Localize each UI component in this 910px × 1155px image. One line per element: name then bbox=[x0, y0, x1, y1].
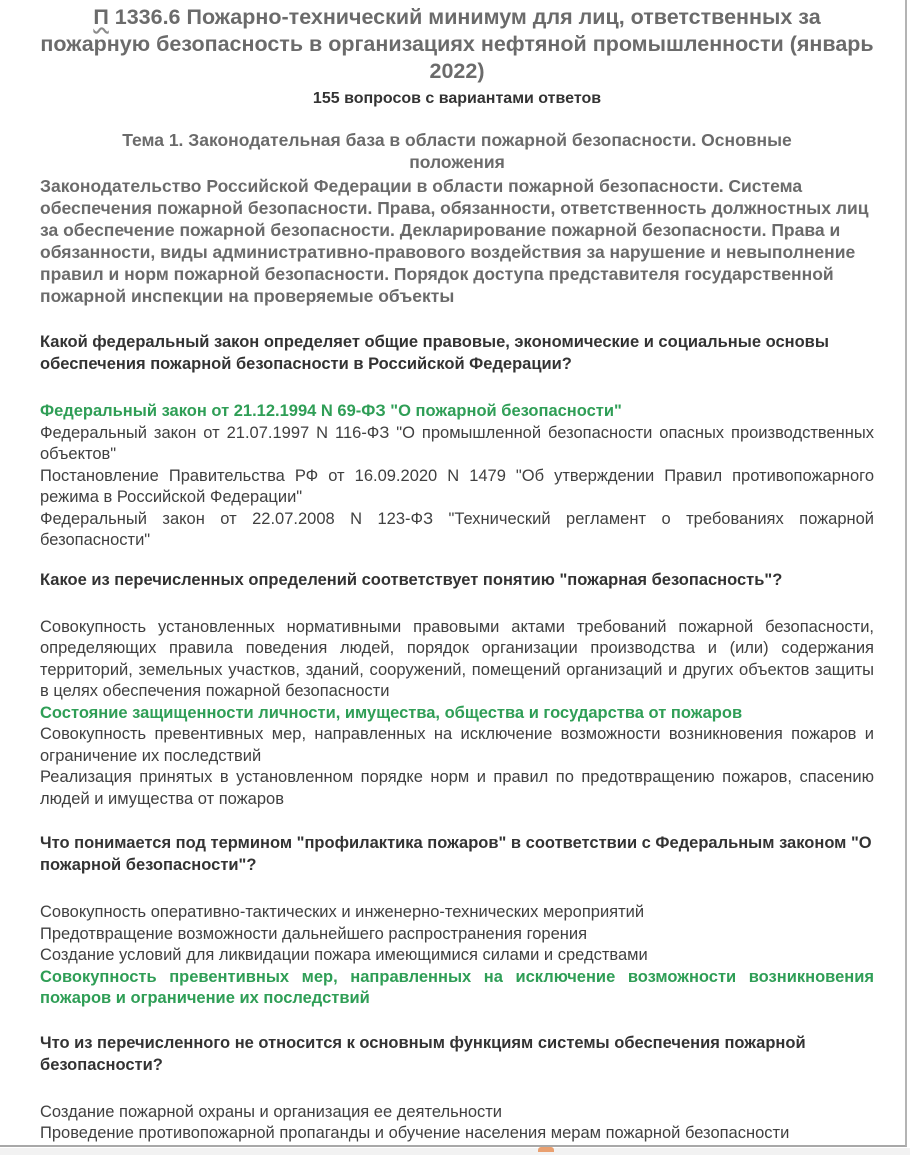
answer-list: Создание пожарной охраны и организация е… bbox=[40, 1102, 874, 1145]
document-title: П 1336.6 Пожарно-технический минимум для… bbox=[40, 4, 874, 85]
answer-option: Проведение противопожарной пропаганды и … bbox=[40, 1123, 874, 1145]
answer-option: Создание условий для ликвидации пожара и… bbox=[40, 945, 874, 967]
answer-option-correct: Состояние защищенности личности, имущест… bbox=[40, 703, 874, 725]
document-title-text: 1336.6 Пожарно-технический минимум для л… bbox=[40, 5, 873, 83]
answer-option: Предотвращение возможности дальнейшего р… bbox=[40, 924, 874, 946]
answer-option: Совокупность установленных нормативными … bbox=[40, 617, 874, 703]
page-scroll-marker[interactable] bbox=[538, 1147, 554, 1152]
answer-list: Совокупность установленных нормативными … bbox=[40, 617, 874, 811]
answer-option-correct: Федеральный закон от 21.12.1994 N 69-ФЗ … bbox=[40, 401, 874, 423]
answer-option: Федеральный закон от 21.07.1997 N 116-ФЗ… bbox=[40, 423, 874, 466]
document-page: П 1336.6 Пожарно-технический минимум для… bbox=[0, 0, 907, 1147]
question-block: Что из перечисленного не относится к осн… bbox=[40, 1032, 874, 1145]
answer-option: Совокупность превентивных мер, направлен… bbox=[40, 724, 874, 767]
viewer-background bbox=[0, 1148, 910, 1155]
answer-option: Реализация принятых в установленном поря… bbox=[40, 767, 874, 810]
question-text: Какой федеральный закон определяет общие… bbox=[40, 331, 874, 375]
spellcheck-marked-word: П bbox=[93, 5, 108, 29]
answer-list: Федеральный закон от 21.12.1994 N 69-ФЗ … bbox=[40, 401, 874, 552]
question-block: Какое из перечисленных определений соотв… bbox=[40, 569, 874, 811]
answer-option: Создание пожарной охраны и организация е… bbox=[40, 1102, 874, 1124]
topic-title: Тема 1. Законодательная база в области п… bbox=[80, 129, 834, 173]
question-text: Что из перечисленного не относится к осн… bbox=[40, 1032, 874, 1076]
answer-option: Федеральный закон от 22.07.2008 N 123-ФЗ… bbox=[40, 509, 874, 552]
question-block: Какой федеральный закон определяет общие… bbox=[40, 331, 874, 552]
answer-option: Постановление Правительства РФ от 16.09.… bbox=[40, 466, 874, 509]
answer-option-correct: Совокупность превентивных мер, направлен… bbox=[40, 967, 874, 1010]
answer-list: Совокупность оперативно-тактических и ин… bbox=[40, 902, 874, 1010]
question-block: Что понимается под термином "профилактик… bbox=[40, 832, 874, 1010]
document-content: П 1336.6 Пожарно-технический минимум для… bbox=[40, 0, 874, 1145]
answer-option: Совокупность оперативно-тактических и ин… bbox=[40, 902, 874, 924]
question-text: Какое из перечисленных определений соотв… bbox=[40, 569, 874, 591]
question-count-subtitle: 155 вопросов с вариантами ответов bbox=[40, 89, 874, 109]
topic-description: Законодательство Российской Федерации в … bbox=[40, 175, 874, 307]
question-text: Что понимается под термином "профилактик… bbox=[40, 832, 874, 876]
